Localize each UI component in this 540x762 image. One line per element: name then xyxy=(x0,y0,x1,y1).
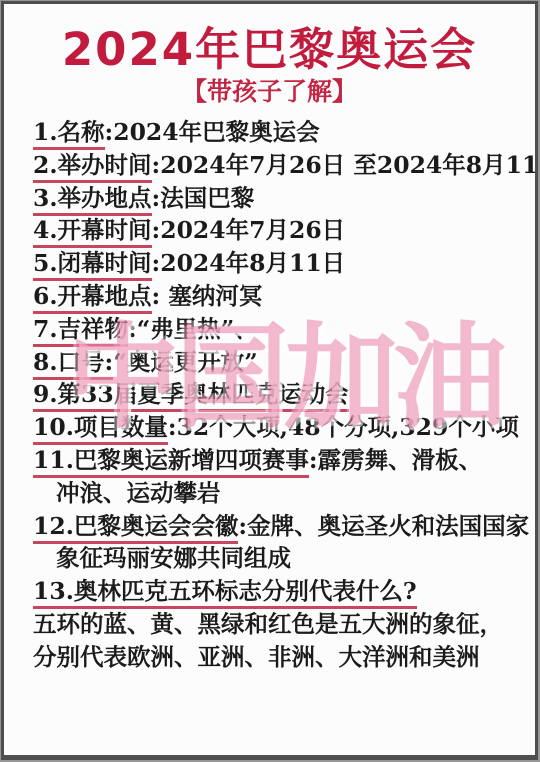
list-item: 10.项目数量:32个大项,48个分项,329个小项 xyxy=(33,411,529,444)
underlined-term: 10.项目数量 xyxy=(33,413,168,445)
page-title: 2024年巴黎奥运会 xyxy=(4,25,535,75)
underlined-term: 4.开幕时间 xyxy=(33,216,152,248)
list-item: 1.名称:2024年巴黎奥运会 xyxy=(33,116,529,149)
underlined-term: 9.第33届夏季奥林匹克运动会 xyxy=(33,380,349,412)
list-item-continuation: 象征玛丽安娜共同组成 xyxy=(33,542,529,575)
list-item: 8.口号:“奥运更开放” xyxy=(33,346,529,379)
underlined-term: 2.举办时间 xyxy=(33,151,152,183)
item-text: :2024年7月26日 至2024年8月11日 xyxy=(152,151,538,179)
underlined-term: 6.开幕地点 xyxy=(33,282,152,314)
list-item: 13.奥林匹克五环标志分别代表什么? xyxy=(33,575,529,608)
item-text: “奥运更开放” xyxy=(113,348,258,376)
underlined-term: 12.巴黎奥运会会徽 xyxy=(33,512,238,544)
paragraph-line: 五环的蓝、黄、黑绿和红色是五大洲的象征， xyxy=(33,608,529,641)
list-item: 11.巴黎奥运新增四项赛事:霹雳舞、滑板、 xyxy=(33,444,529,477)
paragraph-line: 分别代表欧洲、亚洲、非洲、大洋洲和美洲 xyxy=(33,641,529,674)
item-text: :2024年8月11日 xyxy=(152,249,346,277)
item-text: :2024年巴黎奥运会 xyxy=(105,118,320,146)
item-text: :法国巴黎 xyxy=(152,184,255,212)
list-item: 4.开幕时间:2024年7月26日 xyxy=(33,214,529,247)
item-text: 分别代表欧洲、亚洲、非洲、大洋洲和美洲 xyxy=(33,643,480,671)
list-item: 12.巴黎奥运会会徽:金牌、奥运圣火和法国国家 xyxy=(33,510,529,543)
item-text: 冲浪、运动攀岩 xyxy=(56,479,221,507)
page-subtitle: 【带孩子了解】 xyxy=(4,78,535,106)
poster-page: 2024年巴黎奥运会 【带孩子了解】 1.名称:2024年巴黎奥运会 2.举办时… xyxy=(1,1,538,760)
item-text: : 塞纳河冥 xyxy=(152,282,263,310)
underlined-term: 7.吉祥物 xyxy=(33,315,128,347)
item-text: :“弗里热”、 xyxy=(128,315,258,343)
underlined-term: 1.名称 xyxy=(33,118,105,150)
list-item: 2.举办时间:2024年7月26日 至2024年8月11日 xyxy=(33,149,529,182)
item-text: 五环的蓝、黄、黑绿和红色是五大洲的象征， xyxy=(33,610,503,638)
item-text: 象征玛丽安娜共同组成 xyxy=(56,544,291,572)
list-item: 9.第33届夏季奥林匹克运动会 xyxy=(33,378,529,411)
list-item: 6.开幕地点: 塞纳河冥 xyxy=(33,280,529,313)
list-item: 5.闭幕时间:2024年8月11日 xyxy=(33,247,529,280)
underlined-term: 13.奥林匹克五环标志分别代表什么? xyxy=(33,577,417,609)
item-text: :霹雳舞、滑板、 xyxy=(309,446,482,474)
underlined-term: 3.举办地点 xyxy=(33,184,152,216)
fact-list: 1.名称:2024年巴黎奥运会 2.举办时间:2024年7月26日 至2024年… xyxy=(33,116,529,674)
item-text: :2024年7月26日 xyxy=(152,216,346,244)
list-item-continuation: 冲浪、运动攀岩 xyxy=(33,477,529,510)
underlined-term: 11.巴黎奥运新增四项赛事 xyxy=(33,446,309,478)
list-item: 7.吉祥物:“弗里热”、 xyxy=(33,313,529,346)
underlined-term: 8.口号: xyxy=(33,348,113,380)
item-text: :32个大项,48个分项,329个小项 xyxy=(168,413,519,441)
list-item: 3.举办地点:法国巴黎 xyxy=(33,182,529,215)
item-text: :金牌、奥运圣火和法国国家 xyxy=(238,512,529,540)
underlined-term: 5.闭幕时间 xyxy=(33,249,152,281)
